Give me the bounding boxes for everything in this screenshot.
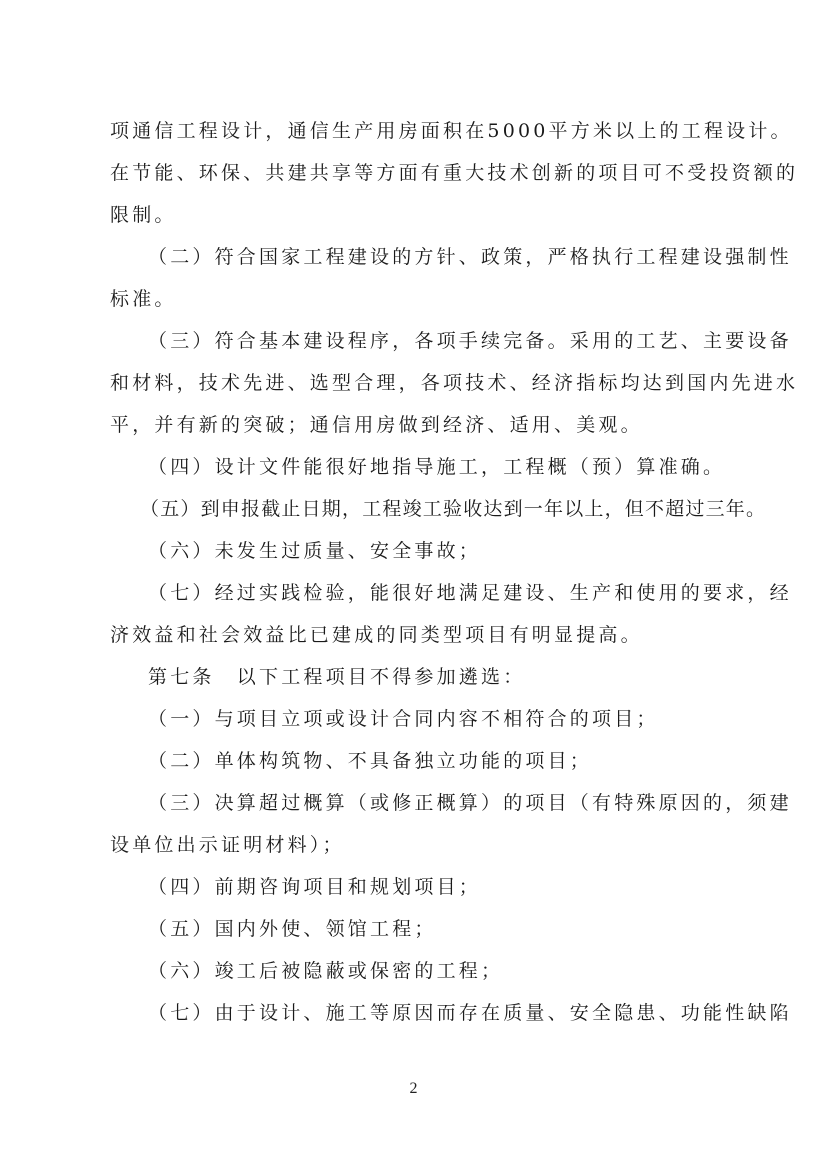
clause-item: （五）到申报截止日期，工程竣工验收达到一年以上，但不超过三年。 [110, 488, 716, 530]
clause-item: （四）设计文件能很好地指导施工，工程概（预）算准确。 [110, 446, 716, 488]
clause-item: （三）决算超过概算（或修正概算）的项目（有特殊原因的，须建 [110, 782, 716, 824]
clause-item: （二）符合国家工程建设的方针、政策，严格执行工程建设强制性 [110, 236, 716, 278]
clause-item: （四）前期咨询项目和规划项目； [110, 866, 716, 908]
text-line: 济效益和社会效益比已建成的同类型项目有明显提高。 [110, 614, 716, 656]
text-line: 在节能、环保、共建共享等方面有重大技术创新的项目可不受投资额的 [110, 152, 716, 194]
clause-item: （六）竣工后被隐蔽或保密的工程； [110, 950, 716, 992]
text-line: 和材料，技术先进、选型合理，各项技术、经济指标均达到国内先进水 [110, 362, 716, 404]
article-heading: 第七条 以下工程项目不得参加遴选： [110, 656, 716, 698]
clause-item: （一）与项目立项或设计合同内容不相符合的项目； [110, 698, 716, 740]
text-line: 项通信工程设计，通信生产用房面积在5000平方米以上的工程设计。 [110, 110, 716, 152]
clause-item: （五）国内外使、领馆工程； [110, 908, 716, 950]
clause-item: （二）单体构筑物、不具备独立功能的项目； [110, 740, 716, 782]
clause-item: （七）由于设计、施工等原因而存在质量、安全隐患、功能性缺陷 [110, 992, 716, 1034]
text-line: 限制。 [110, 194, 716, 236]
document-body: 项通信工程设计，通信生产用房面积在5000平方米以上的工程设计。 在节能、环保、… [110, 110, 716, 1034]
text-line: 设单位出示证明材料）； [110, 824, 716, 866]
text-line: 标准。 [110, 278, 716, 320]
clause-item: （六）未发生过质量、安全事故； [110, 530, 716, 572]
page-number: 2 [0, 1080, 827, 1098]
clause-item: （七）经过实践检验，能很好地满足建设、生产和使用的要求，经 [110, 572, 716, 614]
clause-item: （三）符合基本建设程序，各项手续完备。采用的工艺、主要设备 [110, 320, 716, 362]
text-line: 平，并有新的突破；通信用房做到经济、适用、美观。 [110, 404, 716, 446]
